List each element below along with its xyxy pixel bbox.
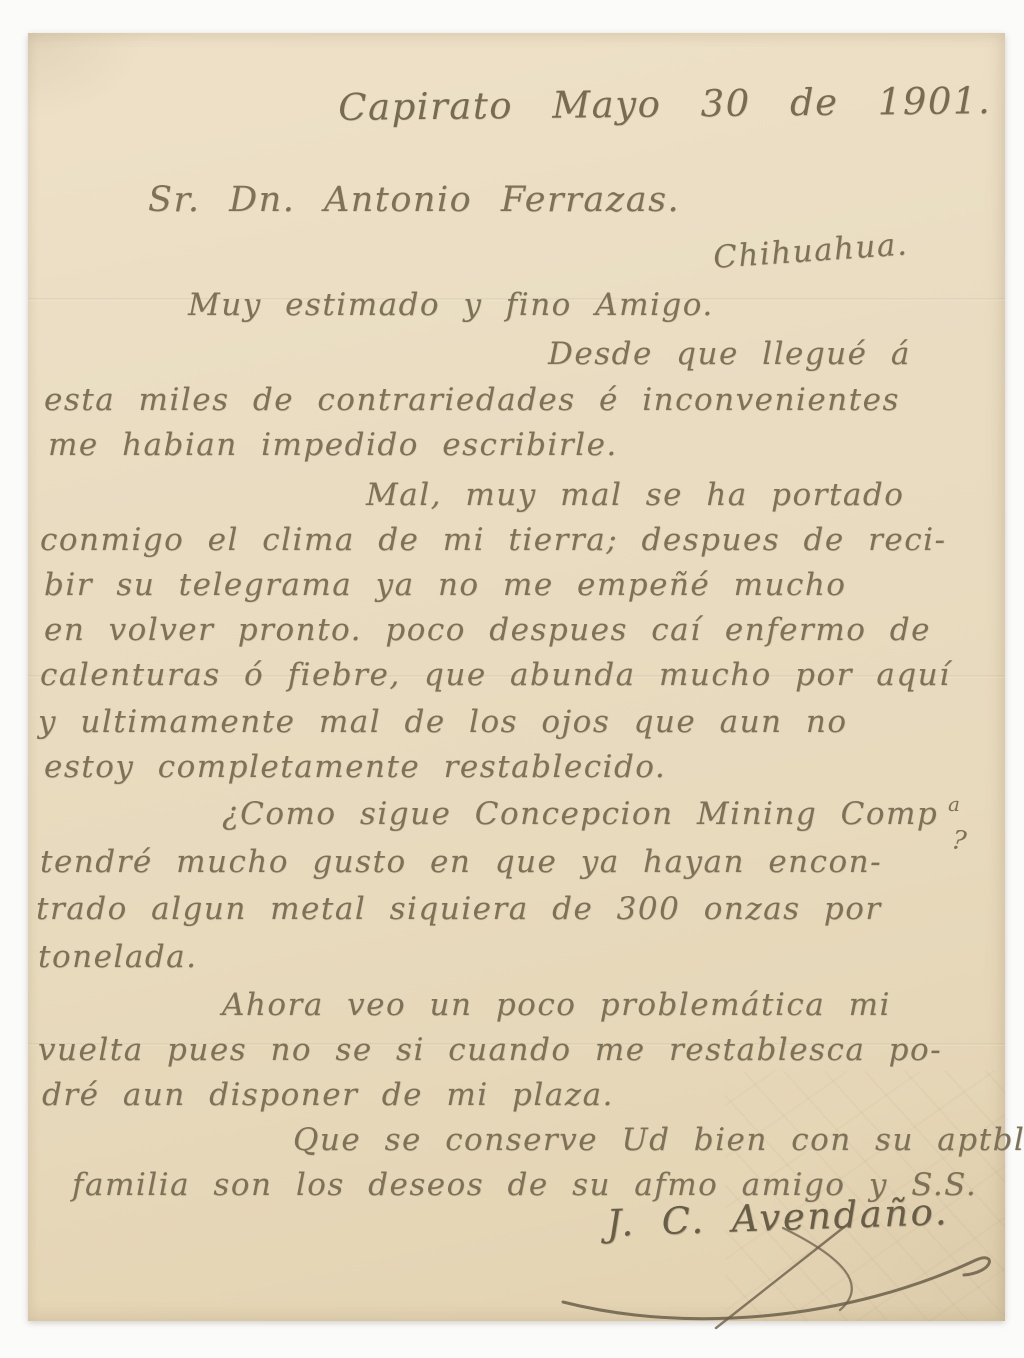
- letter-line: dré aun disponer de mi plaza.: [42, 1077, 614, 1113]
- letter-line: Que se conserve Ud bien con su aptble: [293, 1122, 1024, 1158]
- letter-line: conmigo el clima de mi tierra; despues d…: [40, 522, 947, 558]
- letter-line: Desde que llegué á: [548, 336, 911, 372]
- salutation: Muy estimado y fino Amigo.: [188, 287, 714, 323]
- letter-line: me habian impedido escribirle.: [48, 427, 618, 463]
- letter-line: en volver pronto. poco despues caí enfer…: [44, 612, 931, 648]
- company-abbreviation-superscript: a: [948, 792, 960, 816]
- letter-scan: Capirato Mayo 30 de 1901. Sr. Dn. Antoni…: [0, 0, 1024, 1358]
- letter-line: calenturas ó fiebre, que abunda mucho po…: [40, 657, 951, 693]
- letter-line: bir su telegrama ya no me empeñé mucho: [44, 567, 846, 603]
- question-mark: ?: [950, 825, 968, 857]
- letter-line: tonelada.: [38, 939, 198, 975]
- letter-line: vuelta pues no se si cuando me restables…: [38, 1032, 942, 1068]
- signature-flourish: [548, 1222, 1024, 1337]
- recipient-city: Chihuahua.: [712, 226, 909, 276]
- handwriting-layer: Capirato Mayo 30 de 1901. Sr. Dn. Antoni…: [0, 0, 1024, 1358]
- letter-line: ¿Como sigue Concepcion Mining Comp: [222, 796, 938, 832]
- letter-line: y ultimamente mal de los ojos que aun no: [38, 704, 848, 740]
- letter-line: tendré mucho gusto en que ya hayan encon…: [40, 844, 882, 880]
- letter-line: Mal, muy mal se ha portado: [366, 477, 904, 513]
- letter-line: esta miles de contrariedades é inconveni…: [44, 382, 900, 418]
- dateline: Capirato Mayo 30 de 1901.: [338, 79, 991, 129]
- letter-line: trado algun metal siquiera de 300 onzas …: [36, 891, 882, 927]
- letter-line: Ahora veo un poco problemática mi: [222, 987, 891, 1023]
- letter-line: estoy completamente restablecido.: [44, 749, 666, 785]
- recipient-name: Sr. Dn. Antonio Ferrazas.: [148, 180, 680, 220]
